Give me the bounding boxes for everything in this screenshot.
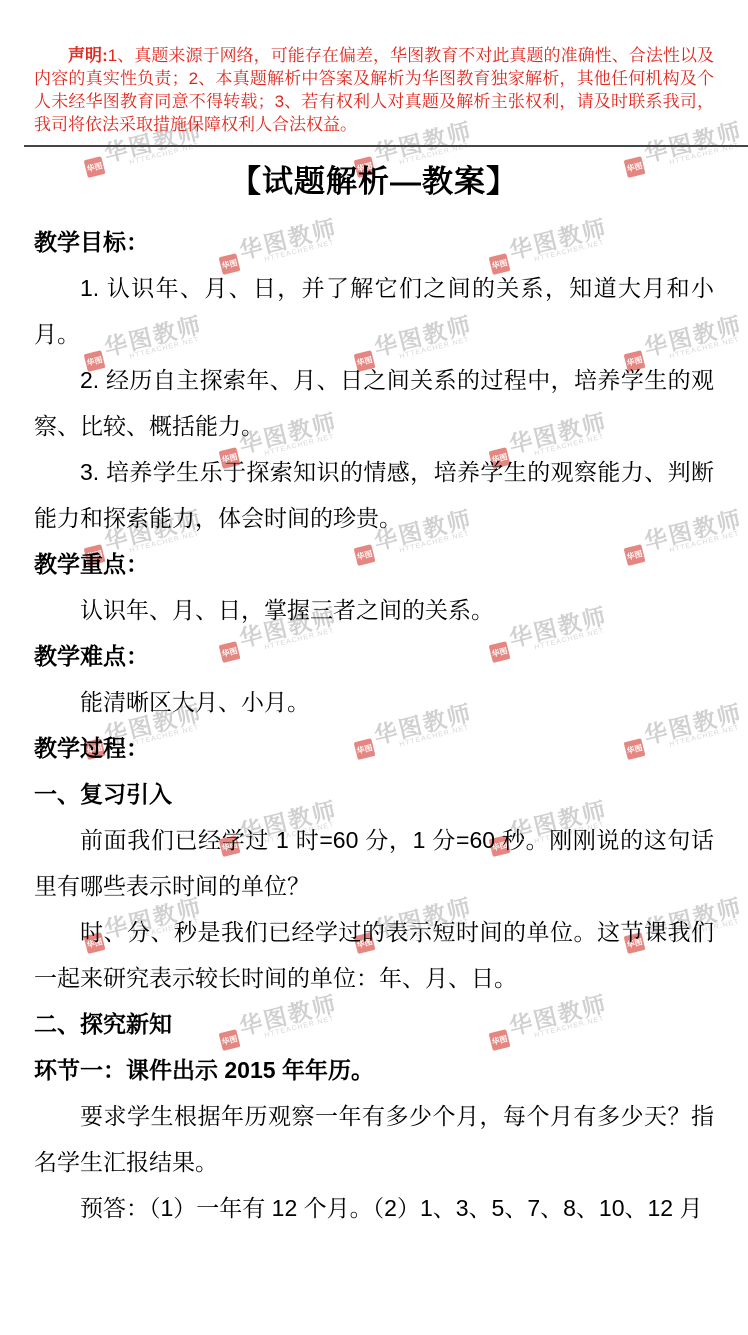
document-body: 教学目标：1. 认识年、月、日，并了解它们之间的关系，知道大月和小月。2. 经历… <box>34 219 714 1231</box>
section-heading: 教学目标： <box>34 219 714 265</box>
section-heading: 环节一：课件出示 2015 年年历。 <box>34 1047 714 1093</box>
paragraph: 认识年、月、日，掌握三者之间的关系。 <box>34 587 714 633</box>
paragraph: 1. 认识年、月、日，并了解它们之间的关系，知道大月和小月。 <box>34 265 714 357</box>
paragraph: 前面我们已经学过 1 时=60 分，1 分=60 秒。刚刚说的这句话里有哪些表示… <box>34 817 714 909</box>
paragraph: 2. 经历自主探索年、月、日之间关系的过程中，培养学生的观察、比较、概括能力。 <box>34 357 714 449</box>
paragraph: 3. 培养学生乐于探索知识的情感，培养学生的观察能力、判断能力和探索能力，体会时… <box>34 449 714 541</box>
paragraph: 要求学生根据年历观察一年有多少个月，每个月有多少天？指名学生汇报结果。 <box>34 1093 714 1185</box>
paragraph: 预答：（1）一年有 12 个月。（2）1、3、5、7、8、10、12 月 <box>34 1185 714 1231</box>
disclaimer-label: 声明: <box>68 46 108 65</box>
section-heading: 教学过程： <box>34 725 714 771</box>
section-heading: 一、复习引入 <box>34 771 714 817</box>
document-title: 【试题解析—教案】 <box>34 161 714 203</box>
section-heading: 教学重点： <box>34 541 714 587</box>
paragraph: 时、分、秒是我们已经学过的表示短时间的单位。这节课我们一起来研究表示较长时间的单… <box>34 909 714 1001</box>
section-heading: 二、探究新知 <box>34 1001 714 1047</box>
disclaimer-text: 1、真题来源于网络，可能存在偏差，华图教育不对此真题的准确性、合法性以及内容的真… <box>34 46 714 134</box>
paragraph: 能清晰区大月、小月。 <box>34 679 714 725</box>
section-heading: 教学难点： <box>34 633 714 679</box>
disclaimer-notice: 声明:1、真题来源于网络，可能存在偏差，华图教育不对此真题的准确性、合法性以及内… <box>34 44 714 136</box>
document-page: 华图华图教师HTTEACHER.NET华图华图教师HTTEACHER.NET华图… <box>0 0 748 1335</box>
document-content: 声明:1、真题来源于网络，可能存在偏差，华图教育不对此真题的准确性、合法性以及内… <box>0 44 748 1231</box>
header-divider <box>24 145 748 147</box>
